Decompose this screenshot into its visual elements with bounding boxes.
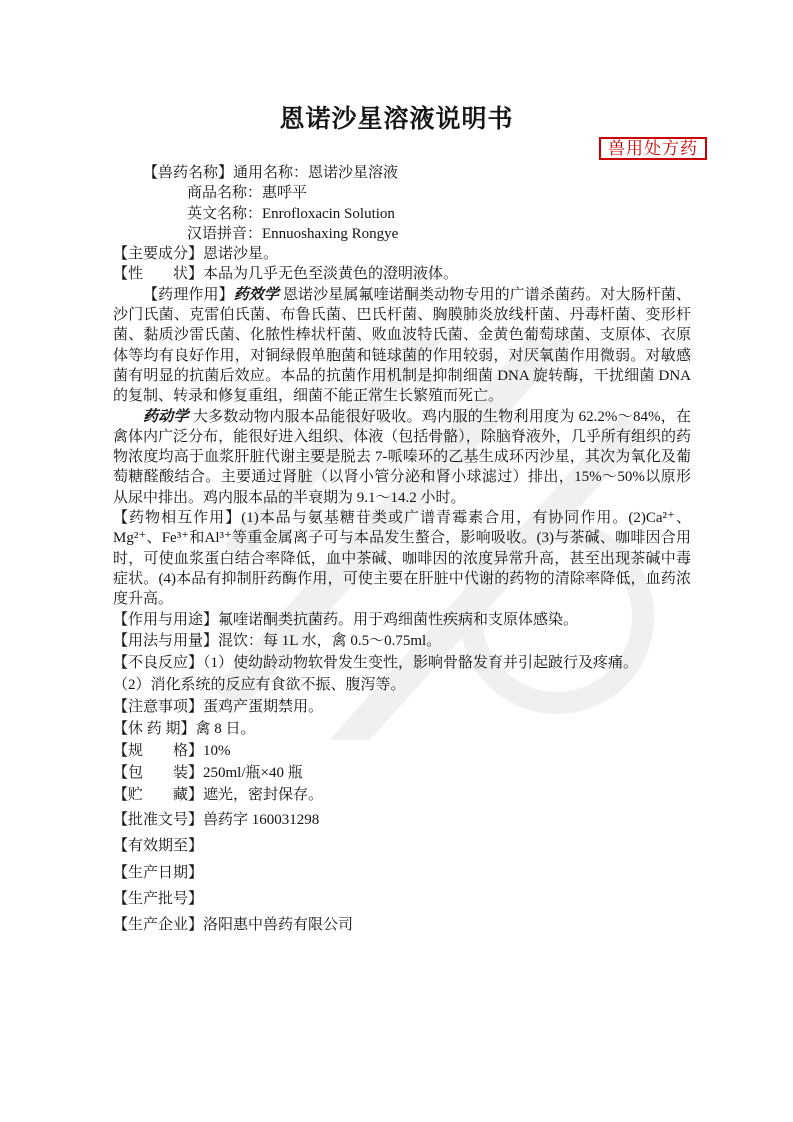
text-run: 【药理作用】 [143,287,234,303]
para-pharmacokinetics: 药动学 大多数动物内服本品能很好吸收。鸡内服的生物利用度为 62.2%～84%，… [113,407,691,508]
text-run: 【主要成分】恩诺沙星。 [113,246,278,262]
text-run: 商品名称：惠呼平 [187,185,307,201]
field-indications: 【作用与用途】氟喹诺酮类抗菌药。用于鸡细菌性疾病和支原体感染。 [113,610,691,632]
field-manufacturer: 【生产企业】洛阳惠中兽药有限公司 [113,912,691,938]
text-run: 【包 装】250ml/瓶×40 瓶 [113,765,303,781]
text-run: 【兽药名称】通用名称：恩诺沙星溶液 [143,165,398,181]
text-run: 【作用与用途】氟喹诺酮类抗菌药。用于鸡细菌性疾病和支原体感染。 [113,612,578,628]
field-dosage: 【用法与用量】混饮：每 1L 水，禽 0.5～0.75ml。 [113,631,691,653]
field-main-ingredient: 【主要成分】恩诺沙星。 [113,244,691,264]
text-run: 大多数动物内服本品能很好吸收。鸡内服的生物利用度为 62.2%～84%，在禽体内… [113,409,691,506]
text-run: 【性 状】本品为几乎无色至淡黄色的澄明液体。 [113,266,458,282]
field-storage: 【贮 藏】遮光，密封保存。 [113,785,691,807]
page-title: 恩诺沙星溶液说明书 [0,99,793,135]
emphasis-term: 药动学 [143,409,189,425]
field-properties: 【性 状】本品为几乎无色至淡黄色的澄明液体。 [113,264,691,284]
document-body: 【兽药名称】通用名称：恩诺沙星溶液商品名称：惠呼平英文名称：Enrofloxac… [113,163,691,939]
text-run: 【不良反应】（1）使幼龄动物软骨发生变性，影响骨骼发育并引起跛行及疼痛。 [113,655,638,671]
text-run: 【休 药 期】禽 8 日。 [113,721,256,737]
field-specification: 【规 格】10% [113,741,691,763]
text-run: 【药物相互作用】(1)本品与氨基糖苷类或广谱青霉素合用，有协同作用。(2)Ca²… [113,510,691,607]
text-run: （2）消化系统的反应有食欲不振、腹泻等。 [113,677,406,693]
prescription-badge: 兽用处方药 [599,137,707,160]
text-run: 【用法与用量】混饮：每 1L 水，禽 0.5～0.75ml。 [113,633,441,649]
text-run: 【注意事项】蛋鸡产蛋期禁用。 [113,699,323,715]
text-run: 英文名称：Enrofloxacin Solution [187,206,395,222]
field-production-date: 【生产日期】 [113,860,691,886]
text-run: 汉语拼音：Ennuoshaxing Rongye [187,226,398,242]
field-withdrawal-period: 【休 药 期】禽 8 日。 [113,719,691,741]
field-trade-name: 商品名称：惠呼平 [113,183,691,203]
field-adverse-reaction-1: 【不良反应】（1）使幼龄动物软骨发生变性，影响骨骼发育并引起跛行及疼痛。 [113,653,691,675]
emphasis-term: 药效学 [234,287,279,303]
field-pinyin-name: 汉语拼音：Ennuoshaxing Rongye [113,224,691,244]
text-run: 【生产企业】洛阳惠中兽药有限公司 [113,917,353,933]
text-run: 【生产日期】 [113,865,203,881]
field-english-name: 英文名称：Enrofloxacin Solution [113,204,691,224]
field-expiry-date: 【有效期至】 [113,833,691,859]
field-batch-number: 【生产批号】 [113,886,691,912]
document-page: 恩诺沙星溶液说明书 兽用处方药 【兽药名称】通用名称：恩诺沙星溶液商品名称：惠呼… [0,0,793,1122]
text-run: 【贮 藏】遮光，密封保存。 [113,787,323,803]
para-pharmacodynamics: 【药理作用】药效学 恩诺沙星属氟喹诺酮类动物专用的广谱杀菌药。对大肠杆菌、沙门氏… [113,285,691,407]
field-adverse-reaction-2: （2）消化系统的反应有食欲不振、腹泻等。 [113,675,691,697]
field-packaging: 【包 装】250ml/瓶×40 瓶 [113,763,691,785]
text-run: 恩诺沙星属氟喹诺酮类动物专用的广谱杀菌药。对大肠杆菌、沙门氏菌、克雷伯氏菌、布鲁… [113,287,691,404]
field-precautions: 【注意事项】蛋鸡产蛋期禁用。 [113,697,691,719]
field-veterinary-drug-name: 【兽药名称】通用名称：恩诺沙星溶液 [113,163,691,183]
text-run: 【生产批号】 [113,891,203,907]
text-run: 【有效期至】 [113,838,203,854]
text-run: 【批准文号】兽药字 160031298 [113,812,319,828]
para-drug-interactions: 【药物相互作用】(1)本品与氨基糖苷类或广谱青霉素合用，有协同作用。(2)Ca²… [113,508,691,609]
field-approval-number: 【批准文号】兽药字 160031298 [113,807,691,833]
text-run: 【规 格】10% [113,743,231,759]
